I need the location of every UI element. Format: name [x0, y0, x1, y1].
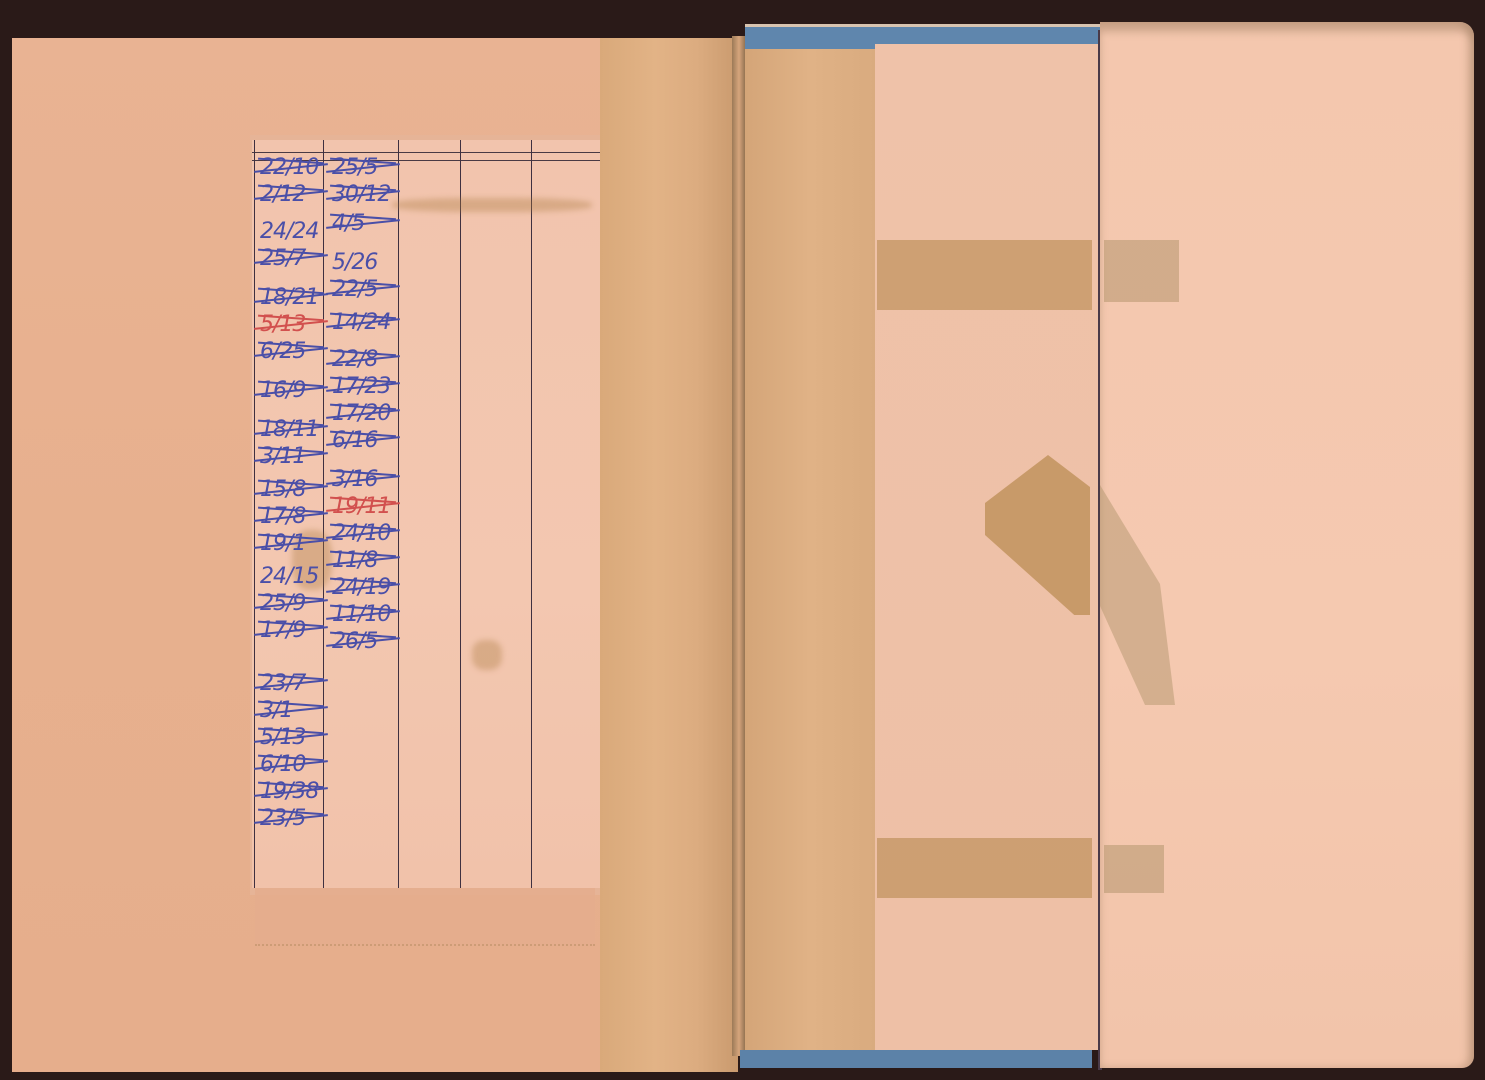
due-date-entry: 24/19 — [332, 574, 390, 601]
slip-column-line — [398, 140, 399, 888]
due-date-entry: 2/12 — [260, 181, 318, 208]
due-date-entry: 25/5 — [332, 154, 390, 181]
due-date-entry: 17/9 — [260, 617, 318, 644]
due-date-entry: 11/8 — [332, 547, 390, 574]
tape-strip-top — [877, 240, 1092, 310]
slip-column-line — [531, 140, 532, 888]
due-date-slip: 22/10 2/12 24/24 25/7 18/21 5/13 6/25 16… — [252, 140, 608, 888]
due-date-entry: 18/11 — [260, 416, 318, 443]
date-column-2: 25/5 30/12 4/5 5/26 22/5 14/24 22/8 17/2… — [332, 154, 390, 655]
due-date-entry: 24/24 — [260, 218, 318, 245]
blue-cover-edge-bottom — [740, 1050, 1092, 1068]
due-date-entry: 22/10 — [260, 154, 318, 181]
due-date-entry: 17/8 — [260, 503, 318, 530]
due-date-entry: 24/10 — [332, 520, 390, 547]
due-date-entry: 3/11 — [260, 443, 318, 470]
due-date-entry: 5/13 — [260, 724, 318, 751]
due-date-entry: 11/10 — [332, 601, 390, 628]
due-date-entry: 6/16 — [332, 427, 390, 454]
tape-residue-top — [1104, 240, 1179, 302]
due-date-entry: 17/23 — [332, 373, 390, 400]
due-date-entry: 22/8 — [332, 346, 390, 373]
tape-residue-bottom — [1104, 845, 1164, 893]
tape-strip-bottom — [877, 838, 1092, 898]
slip-column-line — [254, 140, 255, 888]
due-date-entry: 22/5 — [332, 276, 390, 303]
water-stain — [472, 640, 502, 670]
due-date-entry: 23/7 — [260, 670, 318, 697]
due-date-entry: 24/15 — [260, 563, 318, 590]
spine-tape-left — [600, 38, 738, 1072]
due-date-entry: 4/5 — [332, 210, 390, 237]
due-date-entry: 25/7 — [260, 245, 318, 272]
slip-column-line — [460, 140, 461, 888]
due-date-entry: 3/16 — [332, 466, 390, 493]
due-date-entry: 26/5 — [332, 628, 390, 655]
date-column-1: 22/10 2/12 24/24 25/7 18/21 5/13 6/25 16… — [260, 154, 318, 832]
slip-residue-mark — [255, 880, 595, 946]
due-date-entry: 5/13 — [260, 311, 318, 338]
due-date-entry: 25/9 — [260, 590, 318, 617]
free-endpaper — [1100, 22, 1474, 1068]
due-date-entry: 19/38 — [260, 778, 318, 805]
due-date-entry: 19/11 — [332, 493, 390, 520]
due-date-entry: 16/9 — [260, 377, 318, 404]
due-date-entry: 30/12 — [332, 181, 390, 208]
spine-tape-right — [745, 36, 875, 1053]
due-date-entry: 18/21 — [260, 284, 318, 311]
due-date-entry: 14/24 — [332, 309, 390, 336]
due-date-entry: 6/10 — [260, 751, 318, 778]
slip-rule-top — [252, 152, 608, 153]
spine-hinge — [732, 36, 746, 1056]
due-date-entry: 17/20 — [332, 400, 390, 427]
due-date-entry: 3/1 — [260, 697, 318, 724]
due-date-entry: 5/26 — [332, 249, 390, 276]
due-date-entry: 15/8 — [260, 476, 318, 503]
due-date-entry: 19/1 — [260, 530, 318, 557]
due-date-entry: 23/5 — [260, 805, 318, 832]
due-date-entry: 6/25 — [260, 338, 318, 365]
water-stain — [392, 198, 592, 212]
